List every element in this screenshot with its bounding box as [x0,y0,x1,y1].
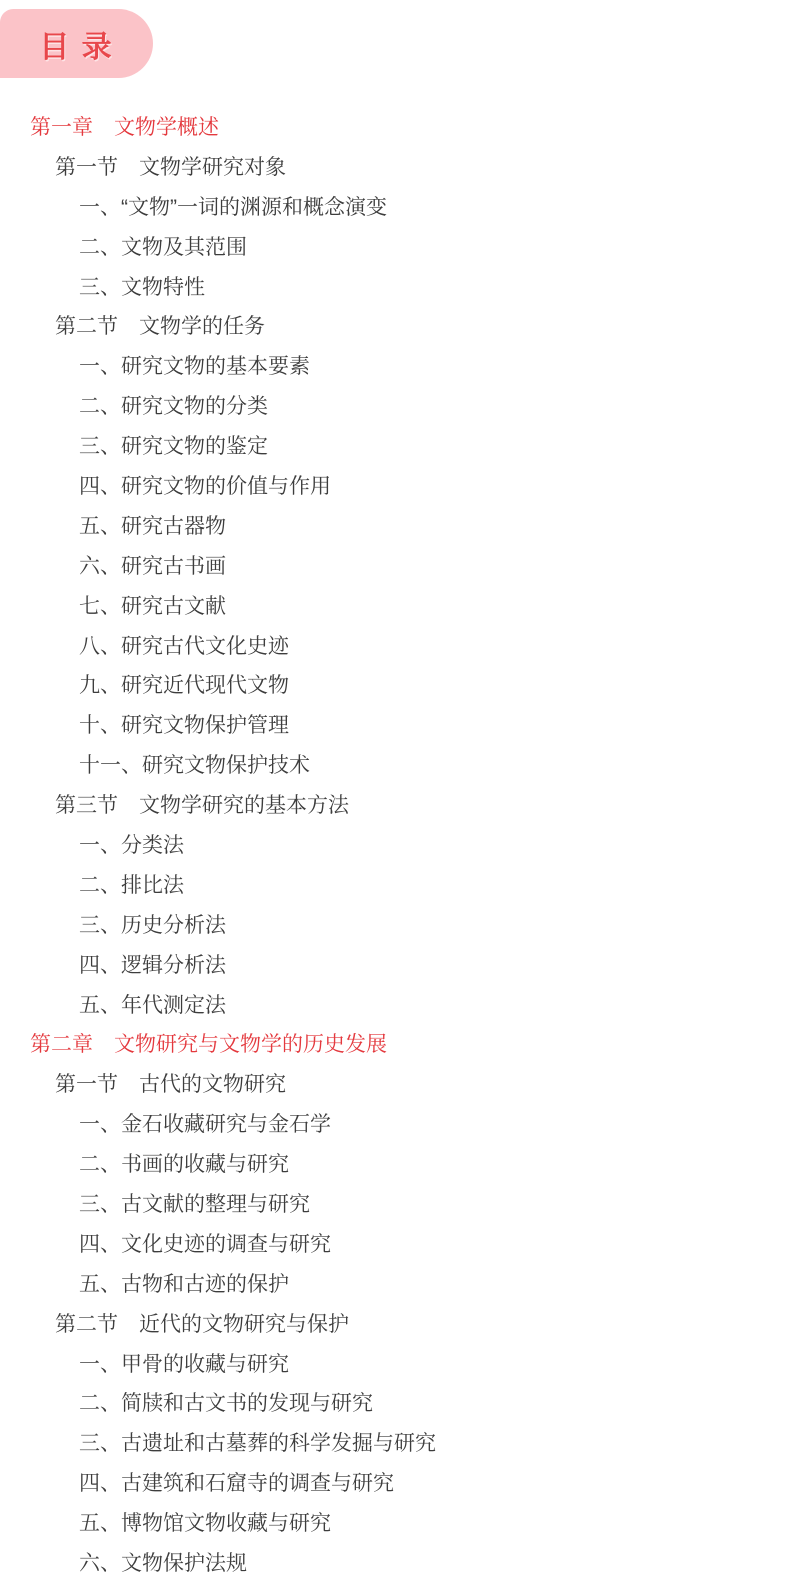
toc-entry-item[interactable]: 四、古建筑和石窟寺的调查与研究 [0,1462,790,1502]
toc-entry-item[interactable]: 二、书画的收藏与研究 [0,1143,790,1183]
toc-entry-item[interactable]: 九、研究近代现代文物 [0,664,790,704]
toc-entry-item[interactable]: 十一、研究文物保护技术 [0,744,790,784]
toc-entry-section[interactable]: 第二节 近代的文物研究与保护 [0,1303,790,1343]
toc-entry-item[interactable]: 四、逻辑分析法 [0,944,790,984]
toc-entry-item[interactable]: 二、简牍和古文书的发现与研究 [0,1383,790,1423]
toc-entry-item[interactable]: 六、文物保护法规 [0,1542,790,1582]
toc-entry-item[interactable]: 一、研究文物的基本要素 [0,345,790,385]
toc-entry-item[interactable]: 三、研究文物的鉴定 [0,425,790,465]
toc-entry-chapter[interactable]: 第二章 文物研究与文物学的历史发展 [0,1023,790,1063]
toc-entry-section[interactable]: 第三节 文物学研究的基本方法 [0,784,790,824]
toc-entry-item[interactable]: 五、博物馆文物收藏与研究 [0,1502,790,1542]
toc-header-title: 目 录 [39,22,113,66]
toc-entry-item[interactable]: 三、古遗址和古墓葬的科学发掘与研究 [0,1422,790,1462]
toc-entry-item[interactable]: 二、文物及其范围 [0,226,790,266]
toc-entry-item[interactable]: 五、古物和古迹的保护 [0,1263,790,1303]
toc-entry-item[interactable]: 四、文化史迹的调查与研究 [0,1223,790,1263]
toc-entry-section[interactable]: 第一节 古代的文物研究 [0,1063,790,1103]
toc-page: 第一章 文物学概述第一节 文物学研究对象一、“文物”一词的渊源和概念演变二、文物… [0,0,790,1586]
toc-header-badge: 目 录 [0,9,153,78]
toc-entry-item[interactable]: 三、历史分析法 [0,904,790,944]
toc-entry-item[interactable]: 一、“文物”一词的渊源和概念演变 [0,186,790,226]
toc-entry-item[interactable]: 三、古文献的整理与研究 [0,1183,790,1223]
toc-entry-item[interactable]: 四、研究文物的价值与作用 [0,465,790,505]
toc-entry-item[interactable]: 一、金石收藏研究与金石学 [0,1103,790,1143]
toc-entry-item[interactable]: 二、研究文物的分类 [0,385,790,425]
toc-entry-item[interactable]: 一、分类法 [0,824,790,864]
toc-entry-item[interactable]: 七、研究古文献 [0,585,790,625]
toc-entry-item[interactable]: 一、甲骨的收藏与研究 [0,1343,790,1383]
toc-entry-item[interactable]: 五、研究古器物 [0,505,790,545]
toc-list: 第一章 文物学概述第一节 文物学研究对象一、“文物”一词的渊源和概念演变二、文物… [0,0,790,1582]
toc-entry-item[interactable]: 三、文物特性 [0,266,790,306]
toc-entry-item[interactable]: 五、年代测定法 [0,984,790,1024]
toc-entry-item[interactable]: 八、研究古代文化史迹 [0,625,790,665]
toc-entry-item[interactable]: 六、研究古书画 [0,545,790,585]
toc-entry-item[interactable]: 十、研究文物保护管理 [0,704,790,744]
toc-entry-section[interactable]: 第一节 文物学研究对象 [0,146,790,186]
toc-entry-chapter[interactable]: 第一章 文物学概述 [0,106,790,146]
toc-entry-section[interactable]: 第二节 文物学的任务 [0,305,790,345]
toc-entry-item[interactable]: 二、排比法 [0,864,790,904]
